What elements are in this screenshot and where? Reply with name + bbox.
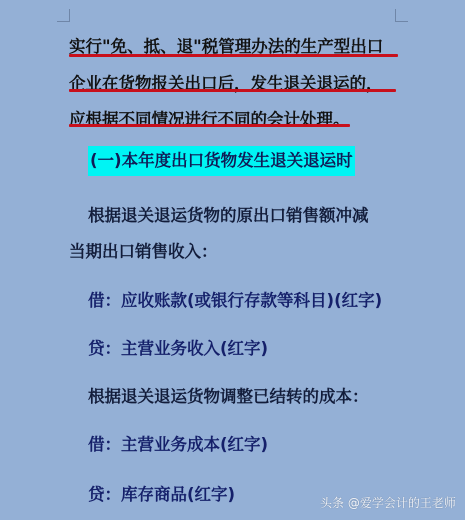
entry2-debit: 借：主营业务成本(红字) — [88, 431, 268, 455]
paragraph2: 根据退关退运货物调整已结转的成本： — [88, 383, 369, 407]
page-corner-mark-top-right — [395, 9, 408, 22]
paragraph1-line1: 根据退关退运货物的原出口销售额冲减 — [88, 202, 369, 226]
paragraph1-line2: 当期出口销售收入： — [69, 238, 218, 262]
entry2-credit: 贷：库存商品(红字) — [88, 481, 235, 505]
page-corner-mark-top-left — [57, 9, 70, 22]
entry1-debit: 借：应收账款(或银行存款等科目)(红字) — [88, 287, 382, 311]
red-underline — [69, 89, 396, 92]
intro-line-2: 企业在货物报关出口后，发生退关退运的， — [69, 70, 383, 94]
red-underline — [69, 124, 350, 127]
intro-line-3: 应根据不同情况进行不同的会计处理。 — [69, 106, 350, 130]
red-underline — [69, 54, 398, 57]
entry1-credit: 贷：主营业务收入(红字) — [88, 335, 268, 359]
intro-line-1: 实行"免、抵、退"税管理办法的生产型出口 — [69, 33, 383, 57]
section-heading: (一)本年度出口货物发生退关退运时 — [88, 146, 355, 176]
watermark: 头条 @爱学会计的王老师 — [320, 494, 456, 511]
